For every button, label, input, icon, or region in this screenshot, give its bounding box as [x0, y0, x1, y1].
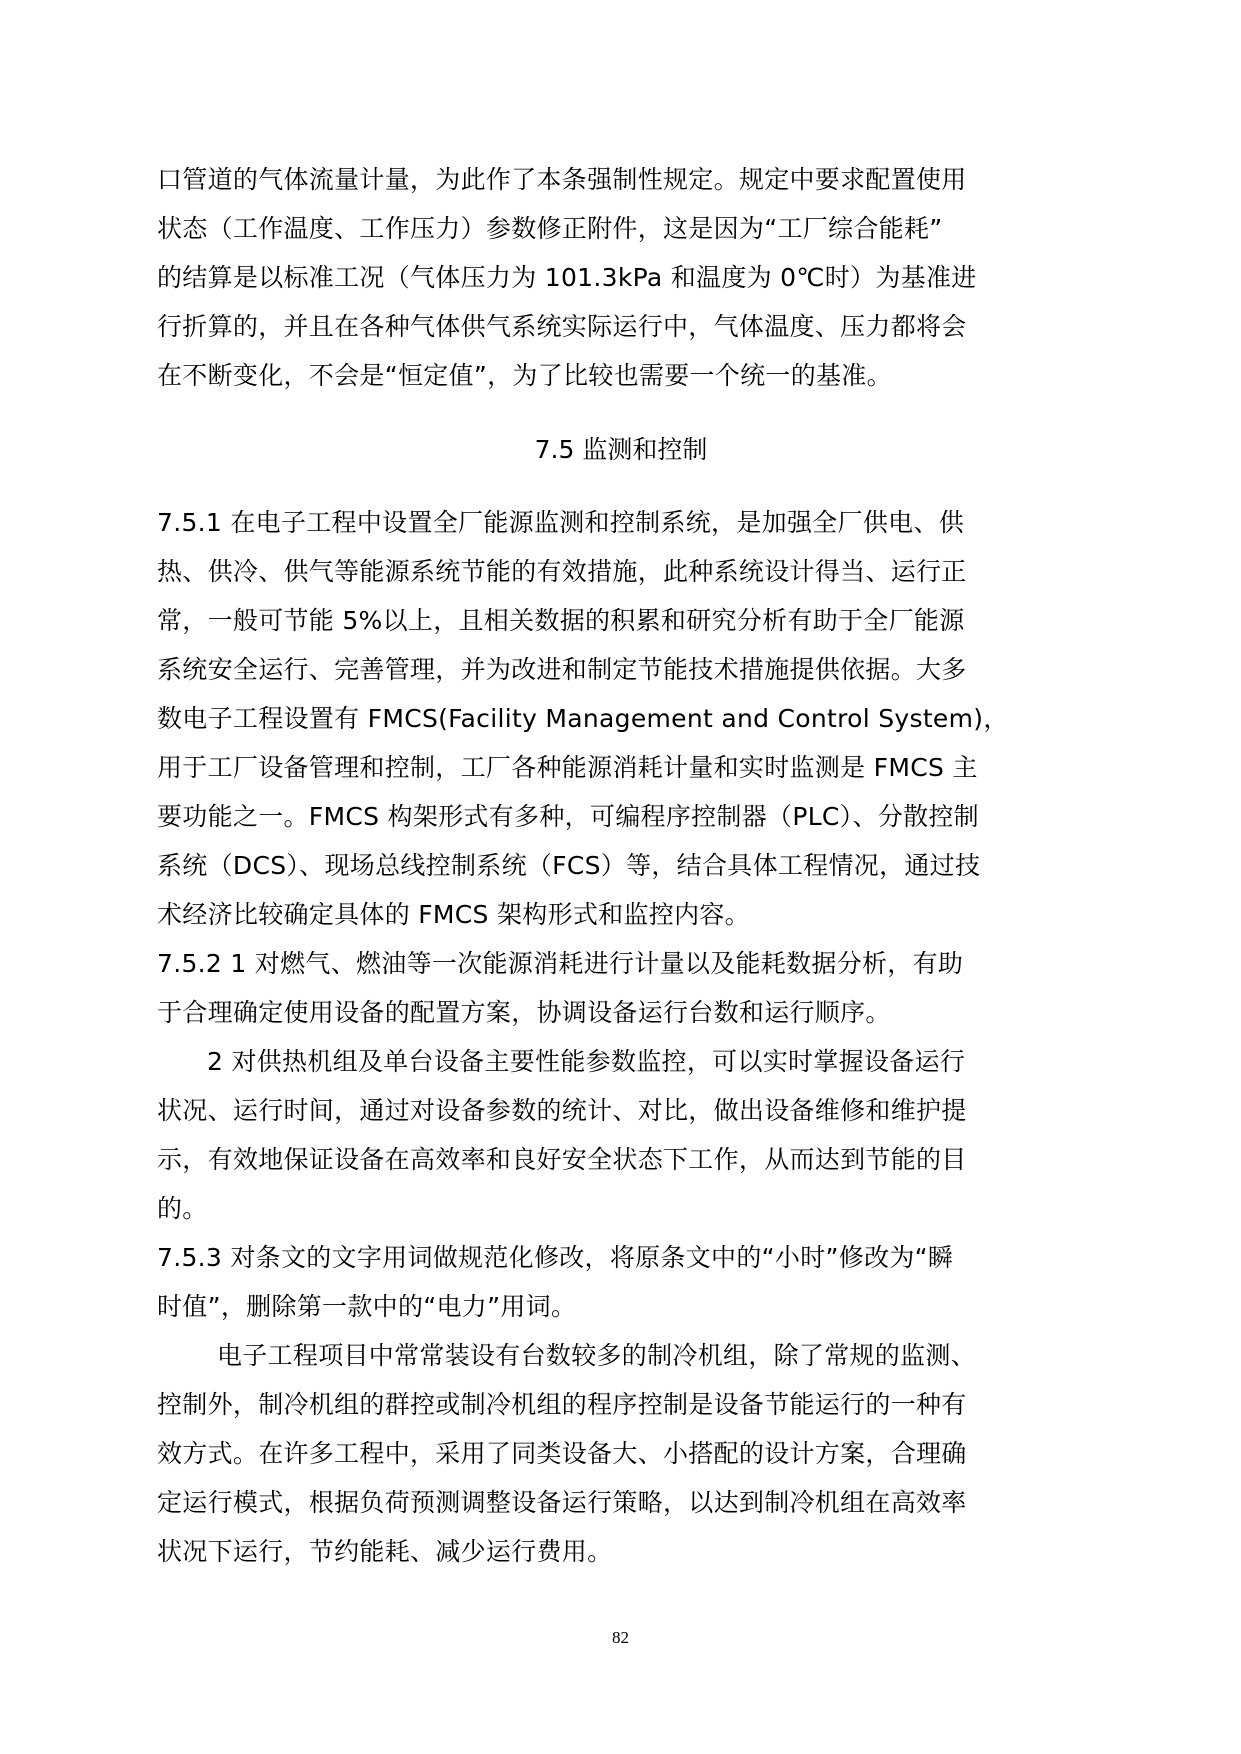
- text-line: 术经济比较确定具体的 FMCS 架构形式和监控内容。: [157, 895, 750, 935]
- text-line: 热、供冷、供气等能源系统节能的有效措施，此种系统设计得当、运行正: [157, 552, 967, 592]
- text-line: 用于工厂设备管理和控制，工厂各种能源消耗计量和实时监测是 FMCS 主: [157, 748, 978, 788]
- text-line: 于合理确定使用设备的配置方案，协调设备运行台数和运行顺序。: [157, 993, 891, 1033]
- text-line: 时值”，删除第一款中的“电力”用词。: [157, 1287, 576, 1327]
- text-line: 7.5.3 对条文的文字用词做规范化修改，将原条文中的“小时”修改为“瞬: [157, 1238, 953, 1278]
- text-line: 状态（工作温度、工作压力）参数修正附件，这是因为“工厂综合能耗”: [157, 209, 943, 249]
- text-line: 示，有效地保证设备在高效率和良好安全状态下工作，从而达到节能的目: [157, 1140, 967, 1180]
- text-line: 数电子工程设置有 FMCS(Facility Management and Co…: [157, 699, 1009, 739]
- text-line: 口管道的气体流量计量，为此作了本条强制性规定。规定中要求配置使用: [157, 160, 967, 200]
- text-line: 行折算的，并且在各种气体供气系统实际运行中，气体温度、压力都将会: [157, 307, 967, 347]
- section-heading: 7.5 监测和控制: [157, 430, 1085, 470]
- text-line: 常，一般可节能 5%以上，且相关数据的积累和研究分析有助于全厂能源: [157, 601, 965, 641]
- text-line: 在不断变化，不会是“恒定值”，为了比较也需要一个统一的基准。: [157, 356, 892, 396]
- text-line: 系统安全运行、完善管理，并为改进和制定节能技术措施提供依据。大多: [157, 650, 967, 690]
- text-line: 7.5.1 在电子工程中设置全厂能源监测和控制系统，是加强全厂供电、供: [157, 503, 964, 543]
- text-line: 状况下运行，节约能耗、减少运行费用。: [157, 1532, 612, 1572]
- text-line: 要功能之一。FMCS 构架形式有多种，可编程序控制器（PLC）、分散控制: [157, 797, 979, 837]
- text-line: 2 对供热机组及单台设备主要性能参数监控，可以实时掌握设备运行: [207, 1042, 965, 1082]
- text-line: 的结算是以标准工况（气体压力为 101.3kPa 和温度为 0℃时）为基准进: [157, 258, 977, 298]
- text-line: 7.5.2 1 对燃气、燃油等一次能源消耗进行计量以及能耗数据分析，有助: [157, 944, 963, 984]
- text-line: 定运行模式，根据负荷预测调整设备运行策略，以达到制冷机组在高效率: [157, 1483, 967, 1523]
- text-line: 的。: [157, 1189, 208, 1229]
- page-number: 82: [0, 1628, 1241, 1648]
- text-line: 电子工程项目中常常装设有台数较多的制冷机组，除了常规的监测、: [217, 1336, 976, 1376]
- text-line: 控制外，制冷机组的群控或制冷机组的程序控制是设备节能运行的一种有: [157, 1385, 967, 1425]
- text-line: 效方式。在许多工程中，采用了同类设备大、小搭配的设计方案，合理确: [157, 1434, 967, 1474]
- text-line: 状况、运行时间，通过对设备参数的统计、对比，做出设备维修和维护提: [157, 1091, 967, 1131]
- text-line: 系统（DCS）、现场总线控制系统（FCS）等，结合具体工程情况，通过技: [157, 846, 980, 886]
